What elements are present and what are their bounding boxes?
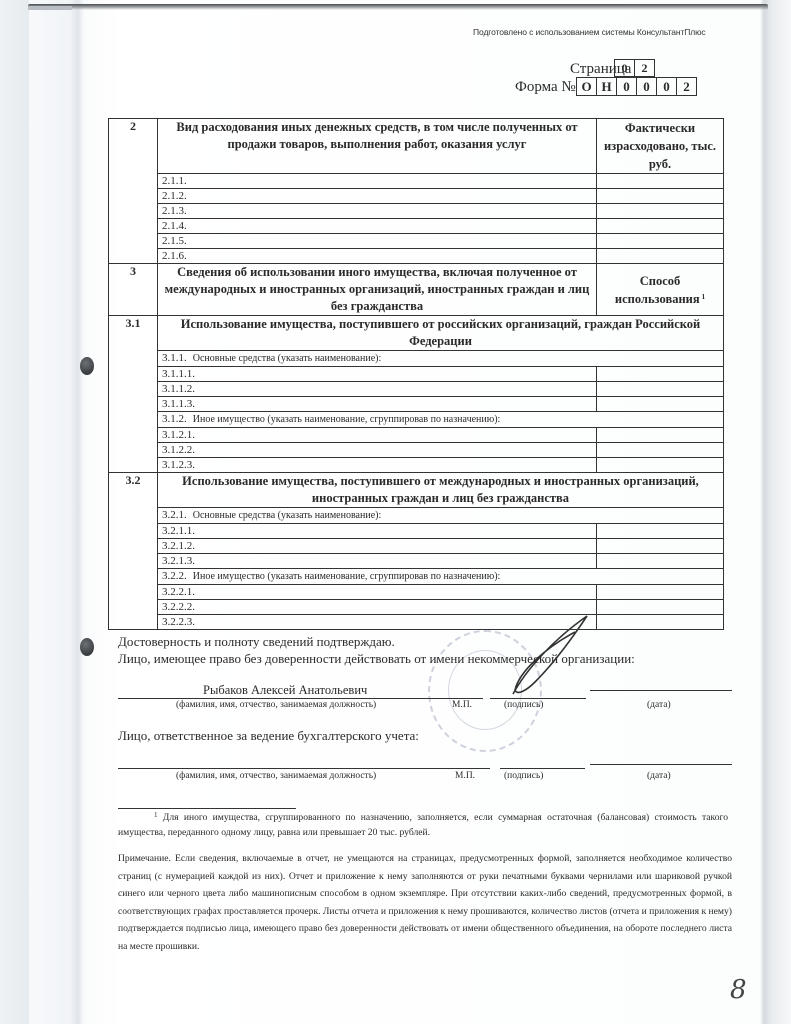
authorized-person-name[interactable]: Рыбаков Алексей Анатольевич: [203, 683, 367, 698]
page-digit: 2: [634, 59, 655, 77]
row-code: 3.1.1.1.: [158, 367, 597, 382]
section-3-header: 3 Сведения об использовании иного имущес…: [109, 264, 724, 316]
subsection-row: 3.2.2.Иное имущество (указать наименован…: [109, 569, 724, 585]
value-cell[interactable]: [597, 539, 724, 554]
value-cell[interactable]: [597, 189, 724, 204]
row-code: 2.1.4.: [158, 219, 597, 234]
table-row: 3.1.1.2.: [109, 382, 724, 397]
form-code-char: 2: [676, 77, 697, 96]
subsection-row: 3.1.1.Основные средства (указать наимено…: [109, 351, 724, 367]
value-cell[interactable]: [597, 615, 724, 630]
section-3-2-header: 3.2 Использование имущества, поступившег…: [109, 473, 724, 508]
name-caption: (фамилия, имя, отчество, занимаемая долж…: [176, 700, 376, 710]
table-row: 3.1.1.3.: [109, 397, 724, 412]
row-code: 3.1.1.: [162, 352, 187, 364]
row-code: 3.1.1.2.: [158, 382, 597, 397]
footnote: 1 Для иного имущества, сгруппированного …: [118, 810, 728, 840]
form-code-char: О: [576, 77, 596, 96]
row-code: 2.1.2.: [158, 189, 597, 204]
row-label: Иное имущество (указать наименование, сг…: [193, 414, 501, 425]
section-number: 3.2: [109, 473, 158, 630]
page-label: Страница: [570, 61, 631, 78]
row-code: 3.1.1.3.: [158, 397, 597, 412]
note-paragraph: Примечание. Если сведения, включаемые в …: [118, 850, 732, 955]
footnote-mark: 1: [154, 811, 158, 819]
form-number-box: Форма № О Н 0 0 0 2: [576, 77, 697, 96]
section-title: Сведения об использовании иного имуществ…: [158, 264, 597, 316]
table-row: 3.2.2.2.: [109, 600, 724, 615]
value-cell[interactable]: [597, 397, 724, 412]
section-2-header: 2 Вид расходования иных денежных средств…: [109, 119, 724, 174]
footnote-divider: [118, 808, 296, 809]
seal-caption: М.П.: [455, 771, 475, 781]
table-row: 3.2.1.3.: [109, 554, 724, 569]
row-code: 3.1.2.3.: [158, 458, 597, 473]
value-cell[interactable]: [597, 234, 724, 249]
form-code-char: 0: [616, 77, 636, 96]
table-row: 3.1.2.2.: [109, 443, 724, 458]
value-cell[interactable]: [597, 554, 724, 569]
report-table: 2 Вид расходования иных денежных средств…: [108, 118, 724, 630]
section-number: 3.1: [109, 316, 158, 473]
row-code: 3.2.1.2.: [158, 539, 597, 554]
value-cell[interactable]: [597, 219, 724, 234]
date-caption: (дата): [647, 771, 671, 781]
value-cell[interactable]: [597, 174, 724, 189]
table-row: 3.2.2.1.: [109, 585, 724, 600]
column-header: Фактически израсходовано, тыс. руб.: [597, 119, 724, 174]
section-title: Вид расходования иных денежных средств, …: [158, 119, 597, 174]
section-title: Использование имущества, поступившего от…: [158, 473, 724, 508]
value-cell[interactable]: [597, 428, 724, 443]
row-code: 3.1.2.2.: [158, 443, 597, 458]
table-row: 3.2.1.2.: [109, 539, 724, 554]
prepared-with-note: Подготовлено с использованием системы Ко…: [473, 27, 706, 37]
table-row: 3.1.2.1.: [109, 428, 724, 443]
authorized-person-label: Лицо, имеющее право без доверенности дей…: [118, 651, 635, 667]
table-row: 3.1.2.3.: [109, 458, 724, 473]
table-row: 3.2.2.3.: [109, 615, 724, 630]
signature-line: [490, 698, 586, 699]
confirmation-text: Достоверность и полноту сведений подтвер…: [118, 634, 395, 650]
page-number-box: Страница 0 2: [614, 59, 655, 77]
row-code: 3.1.2.: [162, 413, 187, 425]
value-cell[interactable]: [597, 382, 724, 397]
name-line: [118, 698, 483, 699]
row-code: 3.2.2.1.: [158, 585, 597, 600]
value-cell[interactable]: [597, 443, 724, 458]
table-row: 2.1.2.: [109, 189, 724, 204]
date-line[interactable]: [590, 690, 732, 691]
value-cell[interactable]: [597, 524, 724, 539]
value-cell[interactable]: [597, 367, 724, 382]
form-code-char: 0: [636, 77, 656, 96]
row-code: 3.2.1.3.: [158, 554, 597, 569]
table-row: 3.2.1.1.: [109, 524, 724, 539]
row-code: 3.2.2.: [162, 570, 187, 582]
accountant-signature-line[interactable]: [500, 768, 585, 769]
footnote-mark: 1: [702, 293, 706, 301]
row-code: 3.2.1.1.: [158, 524, 597, 539]
date-caption: (дата): [647, 700, 671, 710]
value-cell[interactable]: [597, 585, 724, 600]
accountant-label: Лицо, ответственное за ведение бухгалтер…: [118, 728, 419, 744]
handwritten-page-number: 8: [730, 975, 747, 1005]
subsection-row: 3.2.1.Основные средства (указать наимено…: [109, 508, 724, 524]
column-header-text: Способ использования: [615, 274, 700, 306]
table-row: 2.1.4.: [109, 219, 724, 234]
signature-caption: (подпись): [504, 700, 543, 710]
row-code: 2.1.5.: [158, 234, 597, 249]
form-code-char: 0: [656, 77, 676, 96]
section-title: Использование имущества, поступившего от…: [158, 316, 724, 351]
accountant-date-line[interactable]: [590, 764, 732, 765]
form-code-char: Н: [596, 77, 616, 96]
table-row: 3.1.1.1.: [109, 367, 724, 382]
value-cell[interactable]: [597, 204, 724, 219]
section-3-1-header: 3.1 Использование имущества, поступившег…: [109, 316, 724, 351]
document-page: Подготовлено с использованием системы Ко…: [0, 0, 791, 1024]
section-number: 3: [109, 264, 158, 316]
section-number: 2: [109, 119, 158, 264]
table-row: 2.1.6.: [109, 249, 724, 264]
row-code: 3.1.2.1.: [158, 428, 597, 443]
accountant-name-line[interactable]: [118, 768, 490, 769]
row-code: 2.1.6.: [158, 249, 597, 264]
value-cell[interactable]: [597, 458, 724, 473]
row-label: Иное имущество (указать наименование, сг…: [193, 571, 501, 582]
form-label: Форма №: [515, 79, 576, 96]
value-cell[interactable]: [597, 600, 724, 615]
table-row: 2.1.5.: [109, 234, 724, 249]
footnote-text: Для иного имущества, сгруппированного по…: [118, 812, 728, 838]
subsection-row: 3.1.2.Иное имущество (указать наименован…: [109, 412, 724, 428]
table-row: 2.1.1.: [109, 174, 724, 189]
row-code: 3.2.1.: [162, 509, 187, 521]
row-code: 2.1.3.: [158, 204, 597, 219]
name-caption: (фамилия, имя, отчество, занимаемая долж…: [176, 771, 376, 781]
row-label: Основные средства (указать наименование)…: [193, 353, 382, 364]
row-code: 2.1.1.: [158, 174, 597, 189]
table-row: 2.1.3.: [109, 204, 724, 219]
row-label: Основные средства (указать наименование)…: [193, 510, 382, 521]
seal-caption: М.П.: [452, 700, 472, 710]
column-header: Способ использования1: [597, 264, 724, 316]
value-cell[interactable]: [597, 249, 724, 264]
signature-caption: (подпись): [504, 771, 543, 781]
